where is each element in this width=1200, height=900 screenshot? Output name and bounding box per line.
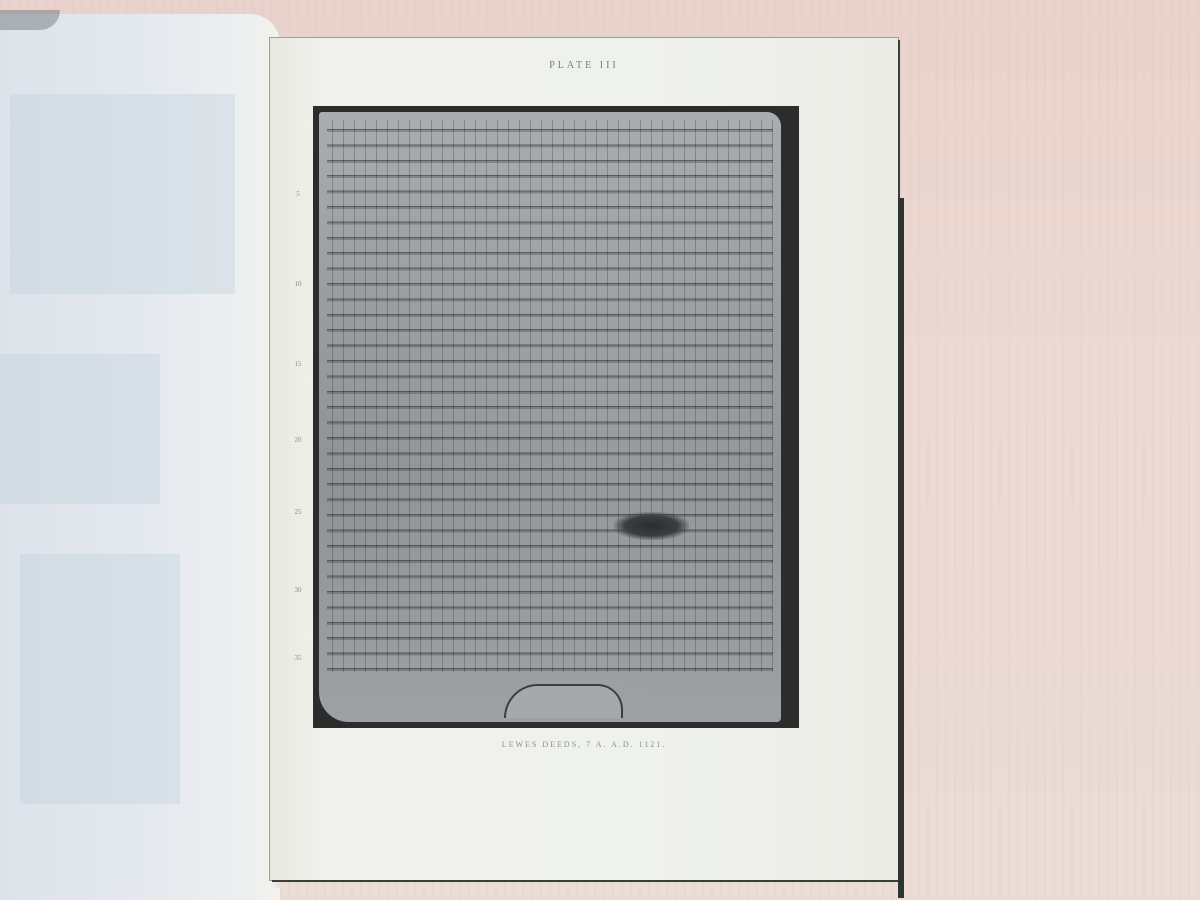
parchment [319, 112, 781, 722]
line-number: 20 [288, 436, 308, 444]
line-number: 10 [288, 280, 308, 288]
seal-tag [504, 684, 623, 718]
line-number: 35 [288, 654, 308, 662]
line-numbers: 5 10 15 20 25 30 35 [288, 38, 308, 880]
show-through-block [20, 554, 180, 804]
show-through-block [0, 354, 160, 504]
damage-stain [614, 512, 689, 540]
plate-title: PLATE III [270, 60, 898, 71]
line-number: 15 [288, 360, 308, 368]
show-through-block [10, 94, 235, 294]
left-page [0, 14, 280, 900]
plate-caption: LEWES DEEDS, 7 A. A.D. 1121. [270, 740, 898, 749]
manuscript-plate [313, 106, 799, 728]
manuscript-text [327, 120, 773, 672]
line-number: 5 [288, 190, 308, 198]
right-page: PLATE III 5 10 15 20 25 30 35 LEWES DEED… [270, 38, 898, 880]
line-number: 30 [288, 586, 308, 594]
line-number: 25 [288, 508, 308, 516]
